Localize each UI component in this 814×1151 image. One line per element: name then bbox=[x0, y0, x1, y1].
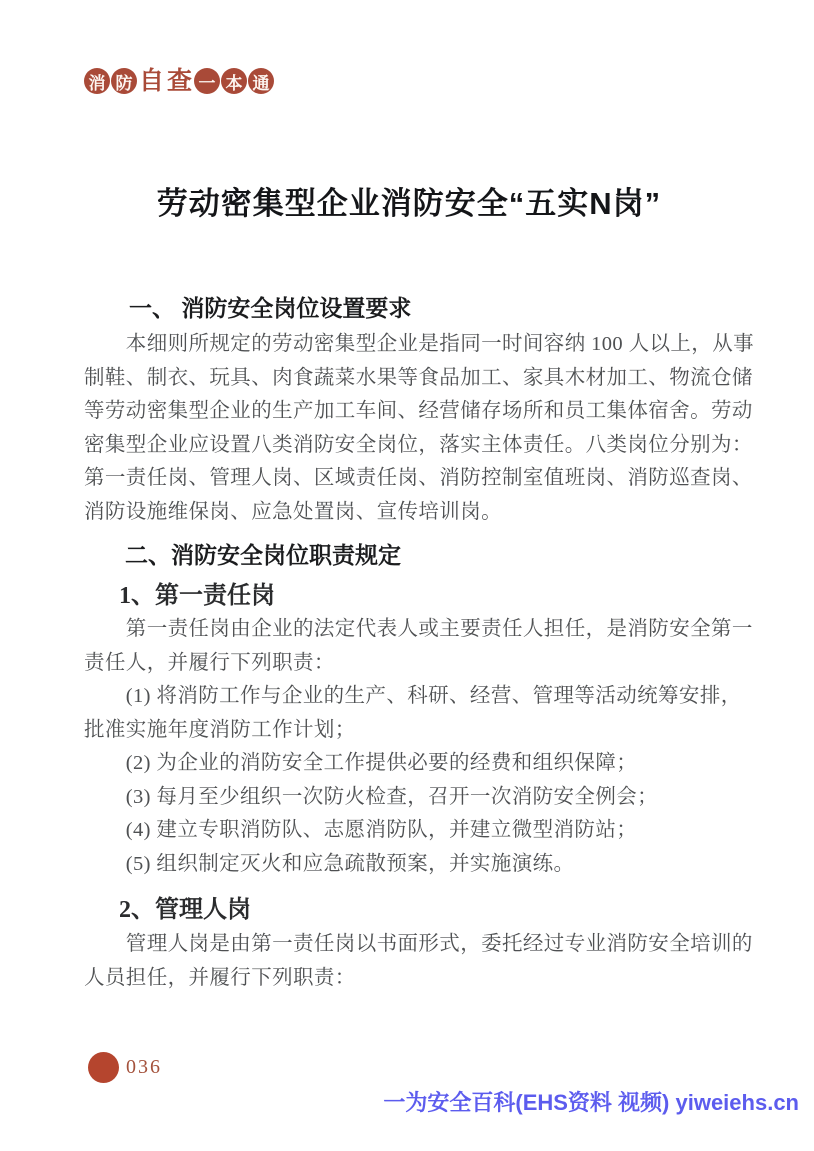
body-line: 制鞋、制衣、玩具、肉食蔬菜水果等食品加工、家具木材加工、物流仓储 bbox=[84, 362, 736, 396]
body-line: (1) 将消防工作与企业的生产、科研、经营、管理等活动统筹安排， bbox=[84, 680, 736, 714]
body-line: (3) 每月至少组织一次防火检查，召开一次消防安全例会； bbox=[84, 781, 736, 815]
logo-char: 自 bbox=[138, 68, 165, 94]
body-line: 消防设施维保岗、应急处置岗、宣传培训岗。 bbox=[84, 496, 736, 530]
section-heading-2: 二、消防安全岗位职责规定 bbox=[125, 537, 401, 570]
document-page: 消 防 自 查 一 本 通 劳动密集型企业消防安全“五实N岗” 一、 消防安全岗… bbox=[0, 0, 814, 1151]
brand-logo: 消 防 自 查 一 本 通 bbox=[84, 60, 274, 102]
subsection-heading-1: 1、第一责任岗 bbox=[119, 575, 275, 610]
logo-seal-icon: 通 bbox=[248, 68, 274, 94]
page-number: 036 bbox=[126, 1056, 162, 1079]
logo-seal-icon: 本 bbox=[221, 68, 247, 94]
footer-site-credit: 一为安全百科(EHS资料 视频) yiweiehs.cn bbox=[383, 1086, 799, 1117]
body-line: (2) 为企业的消防安全工作提供必要的经费和组织保障； bbox=[84, 747, 736, 781]
body-line: (4) 建立专职消防队、志愿消防队，并建立微型消防站； bbox=[84, 814, 736, 848]
section-heading-1: 一、 消防安全岗位设置要求 bbox=[129, 290, 411, 323]
page-title: 劳动密集型企业消防安全“五实N岗” bbox=[85, 178, 733, 223]
body-line: 责任人，并履行下列职责： bbox=[84, 647, 736, 681]
body-line: 等劳动密集型企业的生产加工车间、经营储存场所和员工集体宿舍。劳动 bbox=[84, 395, 736, 429]
logo-char: 查 bbox=[166, 68, 193, 94]
paragraph-1: 本细则所规定的劳动密集型企业是指同一时间容纳 100 人以上，从事制鞋、制衣、玩… bbox=[84, 328, 736, 529]
logo-seal-icon: 消 bbox=[84, 68, 110, 94]
subsection-heading-2: 2、管理人岗 bbox=[119, 889, 251, 924]
body-line: 人员担任，并履行下列职责： bbox=[84, 962, 736, 996]
body-line: 批准实施年度消防工作计划； bbox=[84, 714, 736, 748]
page-number-block: 036 bbox=[88, 1052, 162, 1083]
paragraph-3: 管理人岗是由第一责任岗以书面形式，委托经过专业消防安全培训的人员担任，并履行下列… bbox=[84, 928, 736, 995]
body-line: 本细则所规定的劳动密集型企业是指同一时间容纳 100 人以上，从事 bbox=[84, 328, 736, 362]
logo-seal-icon: 一 bbox=[194, 68, 220, 94]
body-line: 第一责任岗由企业的法定代表人或主要责任人担任，是消防安全第一 bbox=[84, 613, 736, 647]
body-line: 管理人岗是由第一责任岗以书面形式，委托经过专业消防安全培训的 bbox=[84, 928, 736, 962]
logo-seal-icon: 防 bbox=[111, 68, 137, 94]
body-line: (5) 组织制定灭火和应急疏散预案，并实施演练。 bbox=[84, 848, 736, 882]
body-line: 第一责任岗、管理人岗、区域责任岗、消防控制室值班岗、消防巡查岗、 bbox=[84, 462, 736, 496]
page-number-dot-icon bbox=[88, 1052, 119, 1083]
body-line: 密集型企业应设置八类消防安全岗位，落实主体责任。八类岗位分别为： bbox=[84, 429, 736, 463]
paragraph-2: 第一责任岗由企业的法定代表人或主要责任人担任，是消防安全第一责任人，并履行下列职… bbox=[84, 613, 736, 881]
